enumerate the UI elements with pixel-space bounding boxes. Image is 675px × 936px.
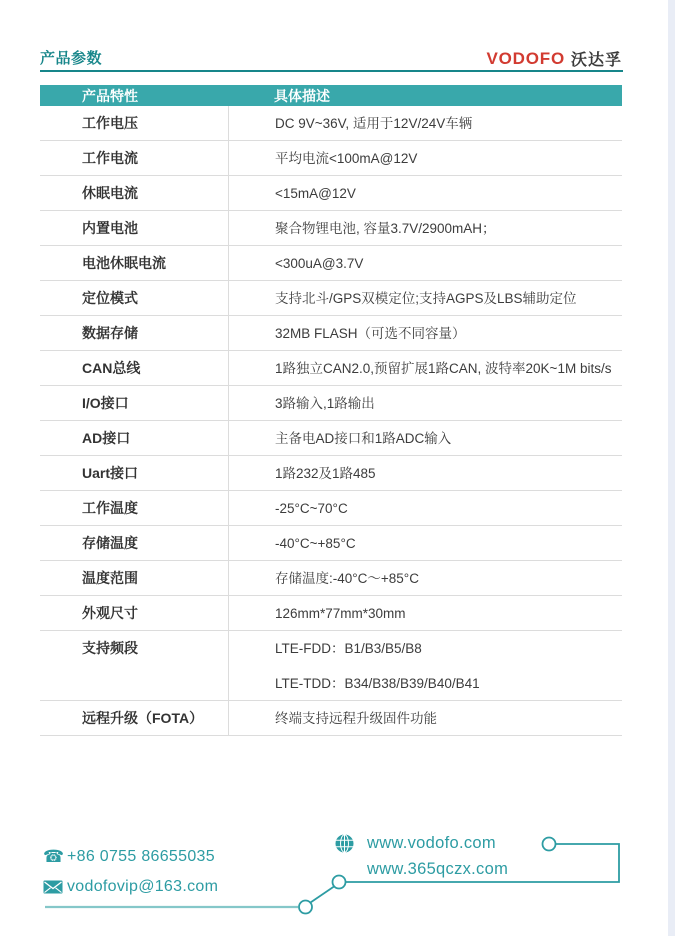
table-row: I/O接口3路输入,1路输出 (40, 386, 622, 421)
feature-cell: 存储温度 (40, 526, 228, 560)
document-page: 产品参数 VODOFO 沃达孚 产品特性 具体描述 工作电压DC 9V~36V,… (0, 0, 675, 936)
feature-cell: 工作电压 (40, 106, 228, 140)
brand-chinese-name: 沃达孚 (571, 47, 622, 70)
email-row: vodofovip@163.com (43, 876, 218, 898)
page-edge-strip (668, 0, 675, 936)
description-line: 1路232及1路485 (275, 456, 622, 490)
table-row: 休眠电流<15mA@12V (40, 176, 622, 211)
description-cell: DC 9V~36V, 适用于12V/24V车辆 (228, 106, 622, 140)
table-body: 工作电压DC 9V~36V, 适用于12V/24V车辆工作电流平均电流<100m… (40, 106, 622, 736)
description-line: LTE-TDD：B34/B38/B39/B40/B41 (275, 666, 622, 700)
page-title: 产品参数 (40, 47, 102, 68)
phone-number: +86 0755 86655035 (67, 848, 215, 866)
website-primary[interactable]: www.vodofo.com (367, 834, 496, 853)
description-line: 3路输入,1路输出 (275, 386, 622, 420)
description-cell: LTE-FDD：B1/B3/B5/B8LTE-TDD：B34/B38/B39/B… (228, 631, 622, 700)
contact-block-right: www.vodofo.com www.365qczx.com (335, 832, 508, 884)
table-row: 远程升级（FOTA）终端支持远程升级固件功能 (40, 701, 622, 736)
feature-cell: 工作温度 (40, 491, 228, 525)
table-row: 温度范围存储温度:-40°C～+85°C (40, 561, 622, 596)
feature-cell: 温度范围 (40, 561, 228, 595)
table-row: 支持频段LTE-FDD：B1/B3/B5/B8LTE-TDD：B34/B38/B… (40, 631, 622, 701)
description-cell: -25°C~70°C (228, 491, 622, 525)
contact-block-left: ☎ +86 0755 86655035 vodofovip@163.com (43, 846, 218, 906)
description-line: 126mm*77mm*30mm (275, 596, 622, 630)
phone-icon: ☎ (43, 847, 67, 867)
feature-cell: Uart接口 (40, 456, 228, 490)
feature-cell: I/O接口 (40, 386, 228, 420)
description-line: 1路独立CAN2.0,预留扩展1路CAN, 波特率20K~1M bits/s (275, 351, 622, 385)
description-cell: 3路输入,1路输出 (228, 386, 622, 420)
description-line: -40°C~+85°C (275, 526, 622, 560)
table-row: 工作温度-25°C~70°C (40, 491, 622, 526)
description-line: DC 9V~36V, 适用于12V/24V车辆 (275, 106, 622, 140)
table-row: CAN总线1路独立CAN2.0,预留扩展1路CAN, 波特率20K~1M bit… (40, 351, 622, 386)
table-row: Uart接口1路232及1路485 (40, 456, 622, 491)
feature-cell: 电池休眠电流 (40, 246, 228, 280)
table-row: 定位模式支持北斗/GPS双模定位;支持AGPS及LBS辅助定位 (40, 281, 622, 316)
spec-table: 产品特性 具体描述 工作电压DC 9V~36V, 适用于12V/24V车辆工作电… (40, 85, 622, 736)
description-cell: 支持北斗/GPS双模定位;支持AGPS及LBS辅助定位 (228, 281, 622, 315)
feature-cell: CAN总线 (40, 351, 228, 385)
feature-cell: 工作电流 (40, 141, 228, 175)
table-row: 内置电池聚合物锂电池, 容量3.7V/2900mAH； (40, 211, 622, 246)
table-row: 数据存储32MB FLASH（可选不同容量） (40, 316, 622, 351)
feature-cell: 数据存储 (40, 316, 228, 350)
phone-row: ☎ +86 0755 86655035 (43, 846, 218, 868)
description-cell: 1路独立CAN2.0,预留扩展1路CAN, 波特率20K~1M bits/s (228, 351, 622, 385)
description-cell: -40°C~+85°C (228, 526, 622, 560)
description-line: 平均电流<100mA@12V (275, 141, 622, 175)
table-header-row: 产品特性 具体描述 (40, 85, 622, 106)
brand-logo: VODOFO 沃达孚 (487, 47, 623, 70)
table-row: 工作电流平均电流<100mA@12V (40, 141, 622, 176)
feature-cell: 休眠电流 (40, 176, 228, 210)
feature-cell: AD接口 (40, 421, 228, 455)
feature-cell: 外观尺寸 (40, 596, 228, 630)
description-line: 终端支持远程升级固件功能 (275, 701, 622, 735)
email-address[interactable]: vodofovip@163.com (67, 878, 218, 896)
website-row-primary: www.vodofo.com (335, 832, 508, 854)
vodofo-wordmark: VODOFO (487, 49, 565, 69)
website-row-secondary: www.365qczx.com (335, 858, 508, 880)
description-line: <300uA@3.7V (275, 246, 622, 280)
description-cell: 1路232及1路485 (228, 456, 622, 490)
description-cell: 平均电流<100mA@12V (228, 141, 622, 175)
description-cell: 存储温度:-40°C～+85°C (228, 561, 622, 595)
description-cell: 32MB FLASH（可选不同容量） (228, 316, 622, 350)
column-header-description: 具体描述 (228, 86, 622, 106)
description-cell: 主备电AD接口和1路ADC输入 (228, 421, 622, 455)
column-header-feature: 产品特性 (40, 86, 228, 106)
description-cell: 终端支持远程升级固件功能 (228, 701, 622, 735)
table-row: 外观尺寸126mm*77mm*30mm (40, 596, 622, 631)
description-line: <15mA@12V (275, 176, 622, 210)
feature-cell: 定位模式 (40, 281, 228, 315)
description-line: 存储温度:-40°C～+85°C (275, 561, 622, 595)
description-line: 32MB FLASH（可选不同容量） (275, 316, 622, 350)
description-cell: 126mm*77mm*30mm (228, 596, 622, 630)
table-row: 工作电压DC 9V~36V, 适用于12V/24V车辆 (40, 106, 622, 141)
description-cell: 聚合物锂电池, 容量3.7V/2900mAH； (228, 211, 622, 245)
table-row: 存储温度-40°C~+85°C (40, 526, 622, 561)
feature-cell: 支持频段 (40, 631, 228, 700)
description-line: 支持北斗/GPS双模定位;支持AGPS及LBS辅助定位 (275, 281, 622, 315)
description-line: 聚合物锂电池, 容量3.7V/2900mAH； (275, 211, 622, 245)
envelope-icon (43, 880, 67, 894)
website-secondary[interactable]: www.365qczx.com (367, 860, 508, 879)
description-line: -25°C~70°C (275, 491, 622, 525)
description-cell: <300uA@3.7V (228, 246, 622, 280)
table-row: 电池休眠电流<300uA@3.7V (40, 246, 622, 281)
feature-cell: 内置电池 (40, 211, 228, 245)
globe-icon (335, 834, 354, 853)
table-row: AD接口主备电AD接口和1路ADC输入 (40, 421, 622, 456)
description-cell: <15mA@12V (228, 176, 622, 210)
description-line: 主备电AD接口和1路ADC输入 (275, 421, 622, 455)
title-divider (40, 70, 623, 72)
feature-cell: 远程升级（FOTA） (40, 701, 228, 735)
description-line: LTE-FDD：B1/B3/B5/B8 (275, 631, 622, 666)
